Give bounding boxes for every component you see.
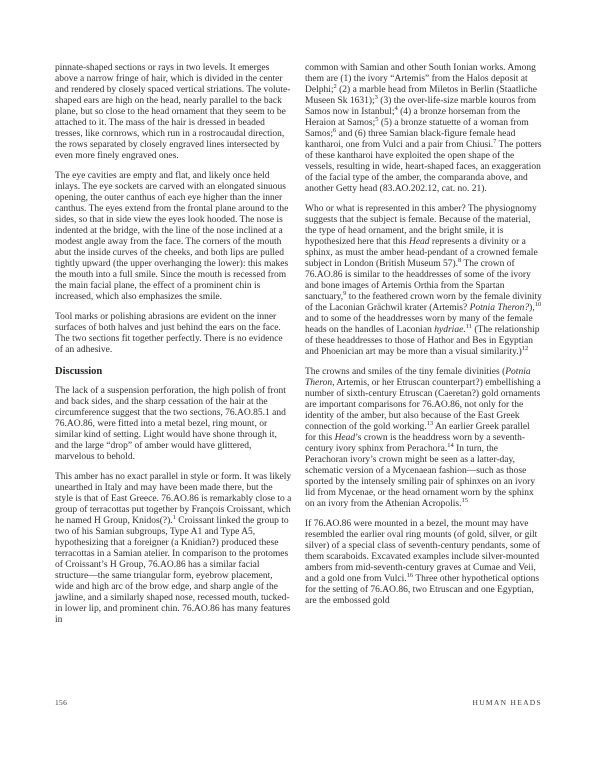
text-run: Discussion	[55, 366, 102, 377]
text-run: The lack of a suspension perforation, th…	[55, 386, 286, 462]
text-run: pinnate-shaped sections or rays in two l…	[55, 63, 290, 161]
text-columns: pinnate-shaped sections or rays in two l…	[55, 63, 542, 635]
page-footer: 156 HUMAN HEADS	[55, 698, 542, 707]
page-number: 156	[55, 698, 67, 707]
text-run: The crowns and smiles of the tiny female…	[305, 367, 505, 377]
text-run: hydriae	[434, 325, 463, 335]
left-column: pinnate-shaped sections or rays in two l…	[55, 63, 292, 635]
paragraph: Tool marks or polishing abrasions are ev…	[55, 312, 292, 356]
text-run: Head	[335, 433, 356, 443]
text-run: and (6) three Samian black-figure female…	[305, 129, 515, 150]
paragraph: If 76.AO.86 were mounted in a bezel, the…	[305, 519, 542, 607]
paragraph: pinnate-shaped sections or rays in two l…	[55, 63, 292, 162]
document-page: pinnate-shaped sections or rays in two l…	[0, 0, 600, 762]
text-run: Potnia Theron?	[470, 303, 530, 313]
footnote-reference: 15	[461, 497, 468, 504]
paragraph: This amber has no exact parallel in styl…	[55, 472, 292, 626]
paragraph: common with Samian and other South Ionia…	[305, 63, 542, 195]
paragraph: Who or what is represented in this amber…	[305, 204, 542, 358]
section-heading: Discussion	[55, 365, 292, 378]
footnote-reference: 12	[522, 345, 529, 352]
right-column: common with Samian and other South Ionia…	[305, 63, 542, 635]
text-run: Tool marks or polishing abrasions are ev…	[55, 312, 283, 355]
paragraph: The crowns and smiles of the tiny female…	[305, 367, 542, 510]
text-run: Head	[409, 237, 430, 247]
text-run: Croissant linked the group to two of his…	[55, 516, 291, 625]
paragraph: The eye cavities are empty and flat, and…	[55, 171, 292, 303]
footnote-reference: 10	[535, 301, 542, 308]
text-run: The eye cavities are empty and flat, and…	[55, 171, 288, 302]
paragraph: The lack of a suspension perforation, th…	[55, 386, 292, 463]
running-head: HUMAN HEADS	[472, 698, 542, 707]
